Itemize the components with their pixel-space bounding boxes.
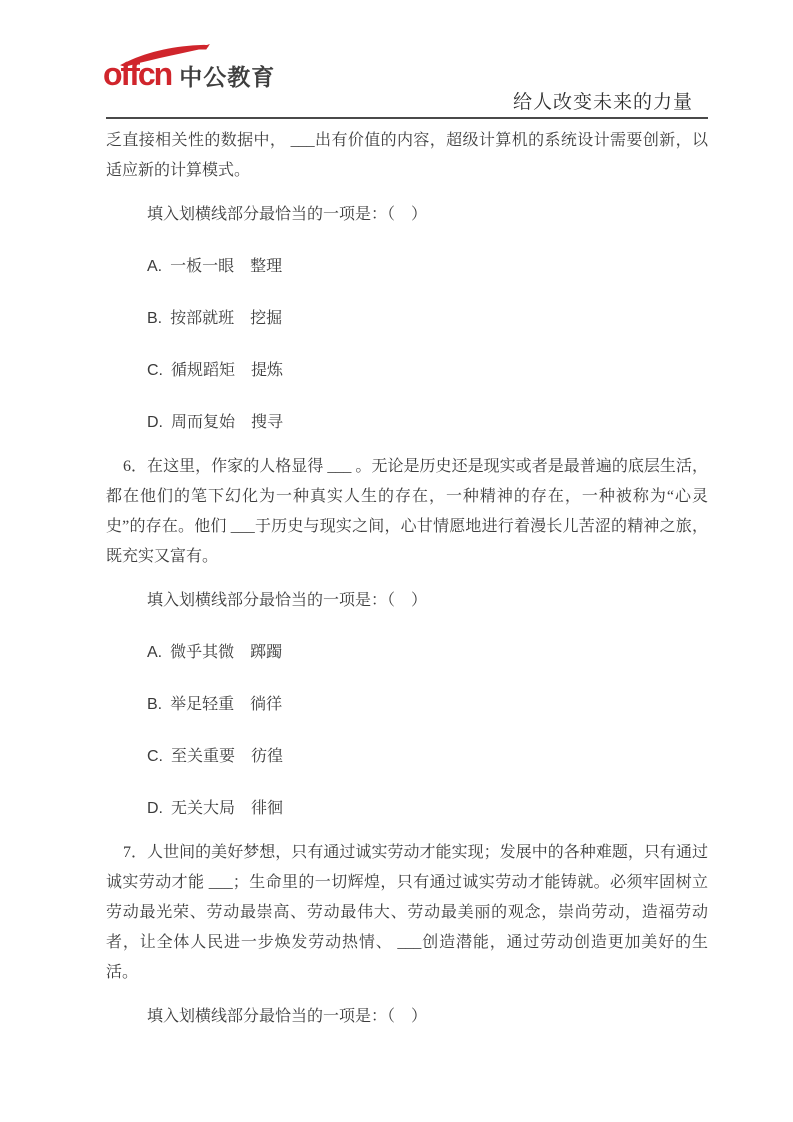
option-letter: D. (147, 414, 163, 431)
option-text: 周而复始 搜寻 (171, 414, 283, 431)
option-text: 循规蹈矩 提炼 (171, 362, 283, 379)
option-letter: D. (147, 800, 163, 817)
option-text: 微乎其微 踯躅 (170, 644, 282, 661)
option-letter: C. (147, 362, 163, 379)
q6-option-a: A.微乎其微 踯躅 (147, 638, 708, 668)
option-letter: C. (147, 748, 163, 765)
option-letter: B. (147, 696, 162, 713)
logo-swoosh-icon (119, 44, 211, 66)
logo-latin-text: offcn (103, 58, 171, 90)
option-text: 按部就班 挖掘 (170, 310, 282, 327)
q5-option-c: C.循规蹈矩 提炼 (147, 356, 708, 386)
q5-option-b: B.按部就班 挖掘 (147, 304, 708, 334)
q6-stem: 6．在这里，作家的人格显得 ___ 。无论是历史还是现实或者是最普遍的底层生活，… (106, 452, 708, 572)
q5-option-a: A.一板一眼 整理 (147, 252, 708, 282)
option-text: 一板一眼 整理 (170, 258, 282, 275)
q7-prompt: 填入划横线部分最恰当的一项是：（ ） (147, 1002, 708, 1032)
page-header: offcn 中公教育 给人改变未来的力量 (106, 0, 708, 119)
q5-stem-continuation: 乏直接相关性的数据中， ___出有价值的内容，超级计算机的系统设计需要创新，以适… (106, 126, 708, 186)
q7-stem: 7．人世间的美好梦想，只有通过诚实劳动才能实现；发展中的各种难题，只有通过诚实劳… (106, 838, 708, 988)
q6-option-c: C.至关重要 彷徨 (147, 742, 708, 772)
document-body: 乏直接相关性的数据中， ___出有价值的内容，超级计算机的系统设计需要创新，以适… (106, 126, 708, 1032)
document-page: offcn 中公教育 给人改变未来的力量 乏直接相关性的数据中， ___出有价值… (0, 0, 793, 1032)
offcn-logo: offcn 中公教育 (103, 58, 275, 92)
q6-prompt: 填入划横线部分最恰当的一项是：（ ） (147, 586, 708, 616)
option-text: 举足轻重 徜徉 (170, 696, 282, 713)
option-text: 无关大局 徘徊 (171, 800, 283, 817)
q5-option-d: D.周而复始 搜寻 (147, 408, 708, 438)
header-slogan: 给人改变未来的力量 (513, 87, 693, 114)
q5-prompt: 填入划横线部分最恰当的一项是：（ ） (147, 200, 708, 230)
option-letter: A. (147, 644, 162, 661)
option-letter: B. (147, 310, 162, 327)
option-text: 至关重要 彷徨 (171, 748, 283, 765)
q6-option-b: B.举足轻重 徜徉 (147, 690, 708, 720)
option-letter: A. (147, 258, 162, 275)
q6-option-d: D.无关大局 徘徊 (147, 794, 708, 824)
